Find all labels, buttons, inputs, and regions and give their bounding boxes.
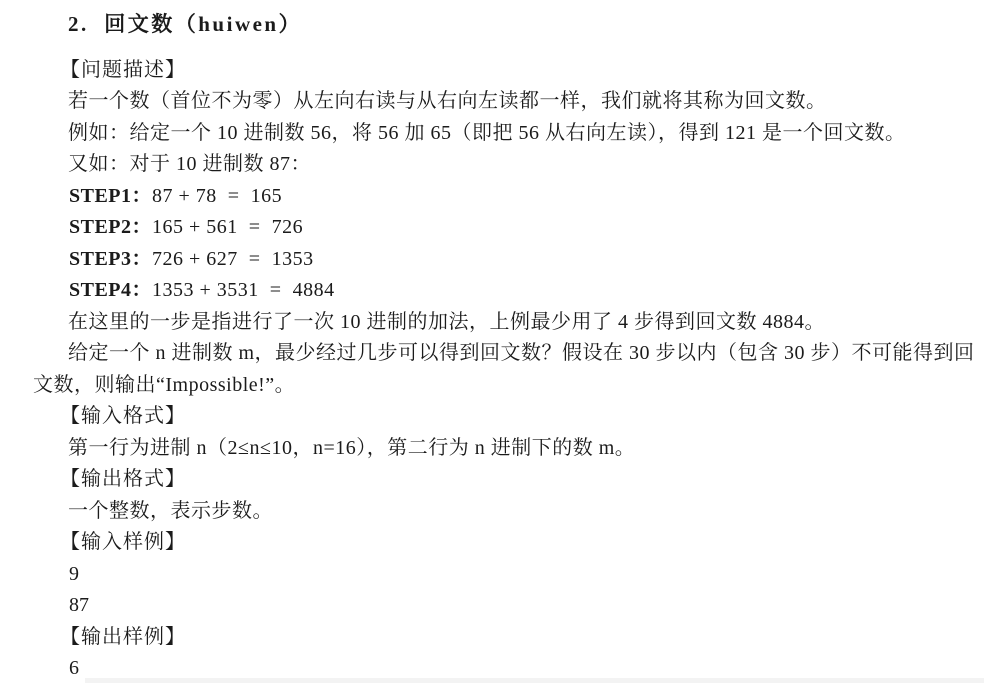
problem-statement: 2. 回文数（huiwen） 【问题描述】 若一个数（首位不为零）从左向右读与从… xyxy=(0,0,984,683)
header-input-format: 【输入格式】 xyxy=(33,401,974,433)
sample-input-base: 9 xyxy=(33,558,974,590)
para-question-line2-text: 文数，则输出“Impossible!”。 xyxy=(33,375,295,395)
para-definition: 若一个数（首位不为零）从左向右读与从右向左读都一样，我们就将其称为回文数。 xyxy=(33,86,974,118)
header-input-format-text: 【输入格式】 xyxy=(60,406,186,426)
step-3-label: STEP3： xyxy=(69,249,152,269)
para-input-format-text: 第一行为进制 n（2≤n≤10，n=16），第二行为 n 进制下的数 m。 xyxy=(68,438,635,458)
step-2-label: STEP2： xyxy=(69,217,152,237)
step-line-2: STEP2： 165 + 561 = 726 xyxy=(33,212,974,244)
header-output-format: 【输出格式】 xyxy=(33,464,974,496)
document-page: 2. 回文数（huiwen） 【问题描述】 若一个数（首位不为零）从左向右读与从… xyxy=(0,0,984,683)
para-definition-text: 若一个数（首位不为零）从左向右读与从右向左读都一样，我们就将其称为回文数。 xyxy=(68,91,827,111)
step-line-1: STEP1： 87 + 78 = 165 xyxy=(33,180,974,212)
para-question-line1: 给定一个 n 进制数 m，最少经过几步可以得到回文数？假设在 30 步以内（包含… xyxy=(33,338,974,370)
step-1-label: STEP1： xyxy=(69,186,152,206)
para-output-format: 一个整数，表示步数。 xyxy=(33,495,974,527)
problem-title: 2. 回文数（huiwen） xyxy=(33,2,974,54)
step-3-expression: 726 + 627 = 1353 xyxy=(152,249,314,269)
problem-title-text: 2. 回文数（huiwen） xyxy=(68,14,302,35)
header-output-sample: 【输出样例】 xyxy=(33,621,974,653)
header-problem-description: 【问题描述】 xyxy=(33,54,974,86)
header-problem-description-text: 【问题描述】 xyxy=(60,60,186,80)
sample-output-steps-value: 6 xyxy=(69,658,79,678)
header-output-format-text: 【输出格式】 xyxy=(60,469,186,489)
scan-edge-artifact xyxy=(85,678,984,683)
step-line-3: STEP3： 726 + 627 = 1353 xyxy=(33,243,974,275)
sample-input-base-value: 9 xyxy=(69,564,79,584)
para-input-format: 第一行为进制 n（2≤n≤10，n=16），第二行为 n 进制下的数 m。 xyxy=(33,432,974,464)
header-input-sample-text: 【输入样例】 xyxy=(60,532,186,552)
para-output-format-text: 一个整数，表示步数。 xyxy=(68,501,273,521)
para-example-87: 又如：对于 10 进制数 87： xyxy=(33,149,974,181)
sample-input-number: 87 xyxy=(33,590,974,622)
para-step-explanation-text: 在这里的一步是指进行了一次 10 进制的加法，上例最少用了 4 步得到回文数 4… xyxy=(68,312,825,332)
para-step-explanation: 在这里的一步是指进行了一次 10 进制的加法，上例最少用了 4 步得到回文数 4… xyxy=(33,306,974,338)
sample-input-number-value: 87 xyxy=(69,595,89,615)
step-4-expression: 1353 + 3531 = 4884 xyxy=(152,280,335,300)
para-question-line1-text: 给定一个 n 进制数 m，最少经过几步可以得到回文数？假设在 30 步以内（包含… xyxy=(68,343,975,363)
header-output-sample-text: 【输出样例】 xyxy=(60,627,186,647)
para-example-56-text: 例如：给定一个 10 进制数 56，将 56 加 65（即把 56 从右向左读）… xyxy=(68,123,906,143)
step-1-expression: 87 + 78 = 165 xyxy=(152,186,282,206)
para-question-line2: 文数，则输出“Impossible!”。 xyxy=(33,369,974,401)
para-example-87-text: 又如：对于 10 进制数 87： xyxy=(68,154,311,174)
step-4-label: STEP4： xyxy=(69,280,152,300)
step-line-4: STEP4： 1353 + 3531 = 4884 xyxy=(33,275,974,307)
header-input-sample: 【输入样例】 xyxy=(33,527,974,559)
step-2-expression: 165 + 561 = 726 xyxy=(152,217,303,237)
para-example-56: 例如：给定一个 10 进制数 56，将 56 加 65（即把 56 从右向左读）… xyxy=(33,117,974,149)
